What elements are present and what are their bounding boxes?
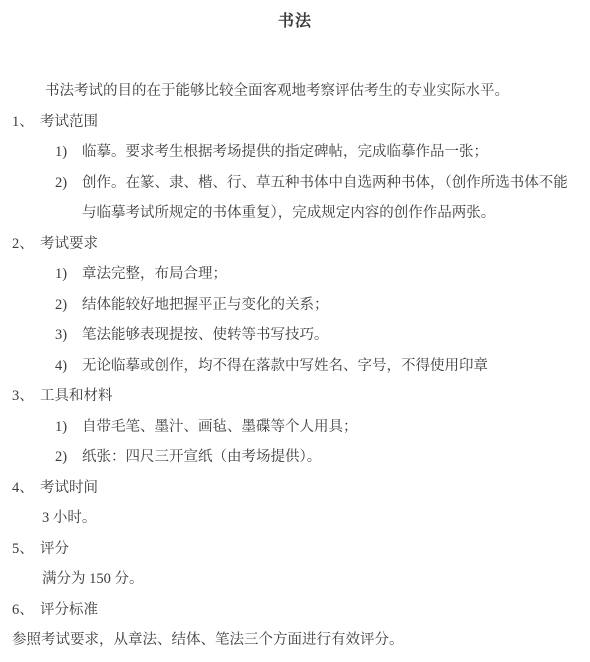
section-5-heading: 5、 评分: [0, 534, 590, 565]
section-2-heading: 2、 考试要求: [0, 229, 590, 260]
list-item: 2) 结体能较好地把握平正与变化的关系；: [0, 290, 590, 321]
list-item-number: 2): [55, 442, 82, 473]
section-1-label: 考试范围: [40, 107, 590, 138]
list-item-text: 章法完整，布局合理；: [82, 259, 578, 290]
list-item-text: 自带毛笔、墨汁、画毡、墨碟等个人用具；: [82, 412, 578, 443]
list-item-number: 1): [55, 259, 82, 290]
section-3-heading: 3、 工具和材料: [0, 381, 590, 412]
section-6-number: 6、: [12, 595, 40, 626]
document-title: 书法: [0, 0, 590, 32]
section-5-number: 5、: [12, 534, 40, 565]
list-item: 3) 笔法能够表现提按、使转等书写技巧。: [0, 320, 590, 351]
list-item-number: 1): [55, 412, 82, 443]
list-item: 4) 无论临摹或创作，均不得在落款中写姓名、字号，不得使用印章: [0, 351, 590, 382]
section-3-label: 工具和材料: [40, 381, 590, 412]
list-item: 1) 自带毛笔、墨汁、画毡、墨碟等个人用具；: [0, 412, 590, 443]
closing-paragraph: 参照考试要求，从章法、结体、笔法三个方面进行有效评分。: [0, 625, 590, 656]
list-item-number: 3): [55, 320, 82, 351]
document-body: 书法考试的目的在于能够比较全面客观地考察评估考生的专业实际水平。 1、 考试范围…: [0, 76, 590, 656]
list-item-number: 1): [55, 137, 82, 168]
section-4-heading: 4、 考试时间: [0, 473, 590, 504]
section-6-heading: 6、 评分标准: [0, 595, 590, 626]
list-item-text: 临摹。要求考生根据考场提供的指定碑帖，完成临摹作品一张；: [82, 137, 578, 168]
list-item: 1) 章法完整，布局合理；: [0, 259, 590, 290]
list-item-text: 无论临摹或创作，均不得在落款中写姓名、字号，不得使用印章: [82, 351, 578, 382]
list-item-number: 2): [55, 168, 82, 229]
section-3-number: 3、: [12, 381, 40, 412]
list-item-number: 2): [55, 290, 82, 321]
list-item-text: 创作。在篆、隶、楷、行、草五种书体中自选两种书体，（创作所选书体不能与临摹考试所…: [82, 168, 578, 229]
section-6-label: 评分标准: [40, 595, 590, 626]
list-item-number: 4): [55, 351, 82, 382]
section-4-label: 考试时间: [40, 473, 590, 504]
list-item-text: 纸张：四尺三开宣纸（由考场提供）。: [82, 442, 578, 473]
document-page: 书法 书法考试的目的在于能够比较全面客观地考察评估考生的专业实际水平。 1、 考…: [0, 0, 590, 662]
section-1-number: 1、: [12, 107, 40, 138]
list-item-text: 笔法能够表现提按、使转等书写技巧。: [82, 320, 578, 351]
list-item: 1) 临摹。要求考生根据考场提供的指定碑帖，完成临摹作品一张；: [0, 137, 590, 168]
section-2-number: 2、: [12, 229, 40, 260]
list-item: 2) 纸张：四尺三开宣纸（由考场提供）。: [0, 442, 590, 473]
intro-paragraph: 书法考试的目的在于能够比较全面客观地考察评估考生的专业实际水平。: [0, 76, 590, 107]
section-5-label: 评分: [40, 534, 590, 565]
section-5-body: 满分为 150 分。: [0, 564, 590, 595]
section-1-heading: 1、 考试范围: [0, 107, 590, 138]
section-4-body: 3 小时。: [0, 503, 590, 534]
section-4-number: 4、: [12, 473, 40, 504]
list-item: 2) 创作。在篆、隶、楷、行、草五种书体中自选两种书体，（创作所选书体不能与临摹…: [0, 168, 590, 229]
section-2-label: 考试要求: [40, 229, 590, 260]
list-item-text: 结体能较好地把握平正与变化的关系；: [82, 290, 578, 321]
